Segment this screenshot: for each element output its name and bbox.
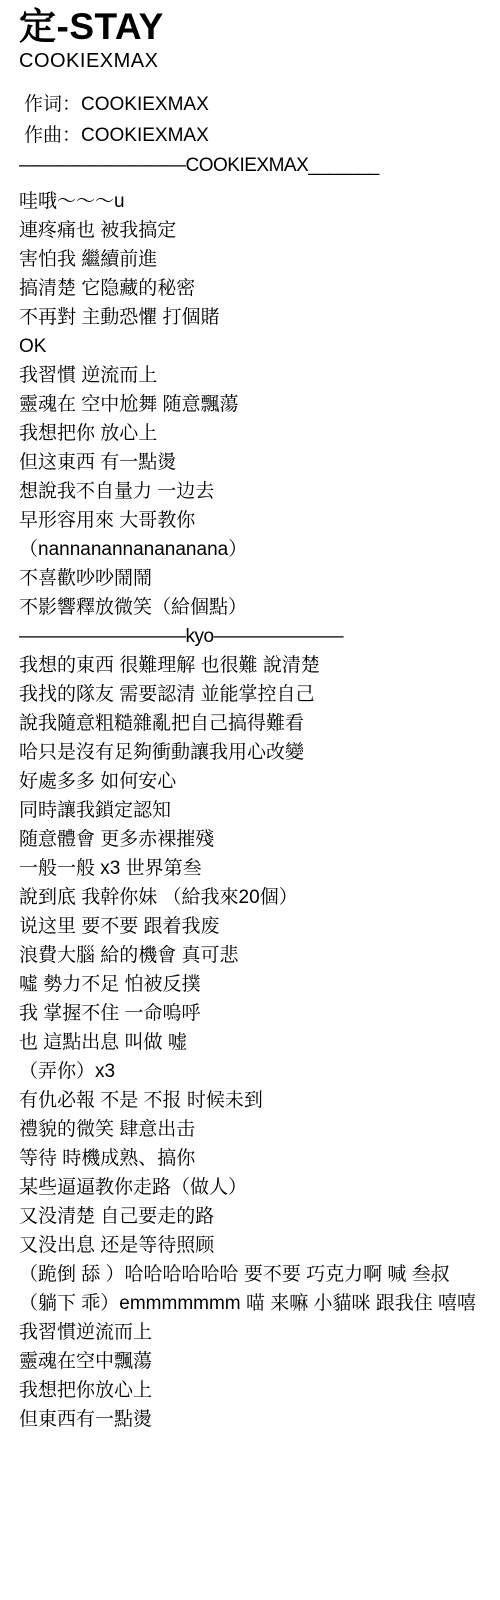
lyric-line: 一般一般 x3 世界第叁 bbox=[19, 854, 500, 883]
lyric-line: 有仇必報 不是 不报 时候未到 bbox=[19, 1086, 500, 1115]
lyric-line: 但这東西 有一點燙 bbox=[19, 448, 500, 477]
lyric-line: （弄你）x3 bbox=[19, 1057, 500, 1086]
lyric-line: 我想的東西 很難理解 也很難 說清楚 bbox=[19, 651, 500, 680]
lyric-line: 說到底 我幹你妹 （給我來20個） bbox=[19, 883, 500, 912]
lyric-line: （nannanannanananana） bbox=[19, 535, 500, 564]
composer-credit: 作曲：COOKIEXMAX bbox=[19, 120, 500, 151]
lyrics-section-1: 哇哦～～～u連疼痛也 被我搞定害怕我 繼續前進搞清楚 它隐藏的秘密不再對 主動恐… bbox=[19, 187, 500, 622]
lyric-line: （躺下 乖）emmmmmmm 喵 来嘛 小貓咪 跟我住 嘻嘻 bbox=[19, 1289, 500, 1318]
mid-divider: —————————kyo——————— bbox=[19, 622, 500, 651]
lyricist-credit: 作词：COOKIEXMAX bbox=[19, 89, 500, 120]
lyric-line: 哇哦～～～u bbox=[19, 187, 500, 216]
lyric-line: OK bbox=[19, 332, 500, 361]
lyric-line: 我習慣 逆流而上 bbox=[19, 361, 500, 390]
lyric-line: 想說我不自量力 一边去 bbox=[19, 477, 500, 506]
lyric-line: 我想把你 放心上 bbox=[19, 419, 500, 448]
lyric-line: 随意體會 更多赤裸摧殘 bbox=[19, 825, 500, 854]
lyric-line: 但東西有一點燙 bbox=[19, 1405, 500, 1434]
lyric-line: 等待 時機成熟、搞你 bbox=[19, 1144, 500, 1173]
lyric-line: 也 這點出息 叫做 嘘 bbox=[19, 1028, 500, 1057]
lyric-line: 我想把你放心上 bbox=[19, 1376, 500, 1405]
lyric-line: 又没清楚 自己要走的路 bbox=[19, 1202, 500, 1231]
lyric-line: 不影響釋放微笑（給個點） bbox=[19, 593, 500, 622]
lyric-line: （跪倒 舔 ）哈哈哈哈哈哈 要不要 巧克力啊 喊 叁叔 bbox=[19, 1260, 500, 1289]
lyric-line: 浪費大腦 給的機會 真可悲 bbox=[19, 941, 500, 970]
lyric-line: 早形容用來 大哥教你 bbox=[19, 506, 500, 535]
lyric-line: 我 掌握不住 一命嗚呼 bbox=[19, 999, 500, 1028]
lyric-line: 不再對 主動恐懼 打個賭 bbox=[19, 303, 500, 332]
lyric-line: 又没出息 还是等待照顾 bbox=[19, 1231, 500, 1260]
lyric-line: 好處多多 如何安心 bbox=[19, 767, 500, 796]
lyrics-page-body: { "colors": { "background": "#ffffff", "… bbox=[0, 0, 500, 1600]
lyric-line: 不喜歡吵吵鬧鬧 bbox=[19, 564, 500, 593]
lyric-line: 某些逼逼教你走路（做人） bbox=[19, 1173, 500, 1202]
lyric-line: 我找的隊友 需要認清 並能掌控自己 bbox=[19, 680, 500, 709]
lyric-line: 靈魂在空中飄蕩 bbox=[19, 1347, 500, 1376]
lyric-line: 哈只是沒有足夠衝動讓我用心改變 bbox=[19, 738, 500, 767]
lyric-line: 说这里 要不要 跟着我废 bbox=[19, 912, 500, 941]
lyric-line: 說我隨意粗糙雜亂把自己搞得難看 bbox=[19, 709, 500, 738]
lyrics-section-2: 我想的東西 很難理解 也很難 說清楚我找的隊友 需要認清 並能掌控自己說我隨意粗… bbox=[19, 651, 500, 1434]
credits-block: 作词：COOKIEXMAX 作曲：COOKIEXMAX bbox=[19, 89, 500, 151]
lyric-line: 噓 勢力不足 怕被反撲 bbox=[19, 970, 500, 999]
lyric-line: 搞清楚 它隐藏的秘密 bbox=[19, 274, 500, 303]
lyric-line: 害怕我 繼續前進 bbox=[19, 245, 500, 274]
artist-name: COOKIEXMAX bbox=[19, 49, 500, 73]
lyric-line: 同時讓我鎖定認知 bbox=[19, 796, 500, 825]
lyric-line: 禮貌的微笑 肆意出击 bbox=[19, 1115, 500, 1144]
lyrics-block: 哇哦～～～u連疼痛也 被我搞定害怕我 繼續前進搞清楚 它隐藏的秘密不再對 主動恐… bbox=[19, 187, 500, 1434]
lyric-line: 靈魂在 空中尬舞 随意飄蕩 bbox=[19, 390, 500, 419]
lyric-line: 連疼痛也 被我搞定 bbox=[19, 216, 500, 245]
top-divider: —————————COOKIEXMAX_______ bbox=[19, 151, 500, 180]
lyrics-page: 定-STAY COOKIEXMAX 作词：COOKIEXMAX 作曲：COOKI… bbox=[0, 0, 500, 1600]
song-title: 定-STAY bbox=[19, 6, 500, 48]
lyric-line: 我習慣逆流而上 bbox=[19, 1318, 500, 1347]
